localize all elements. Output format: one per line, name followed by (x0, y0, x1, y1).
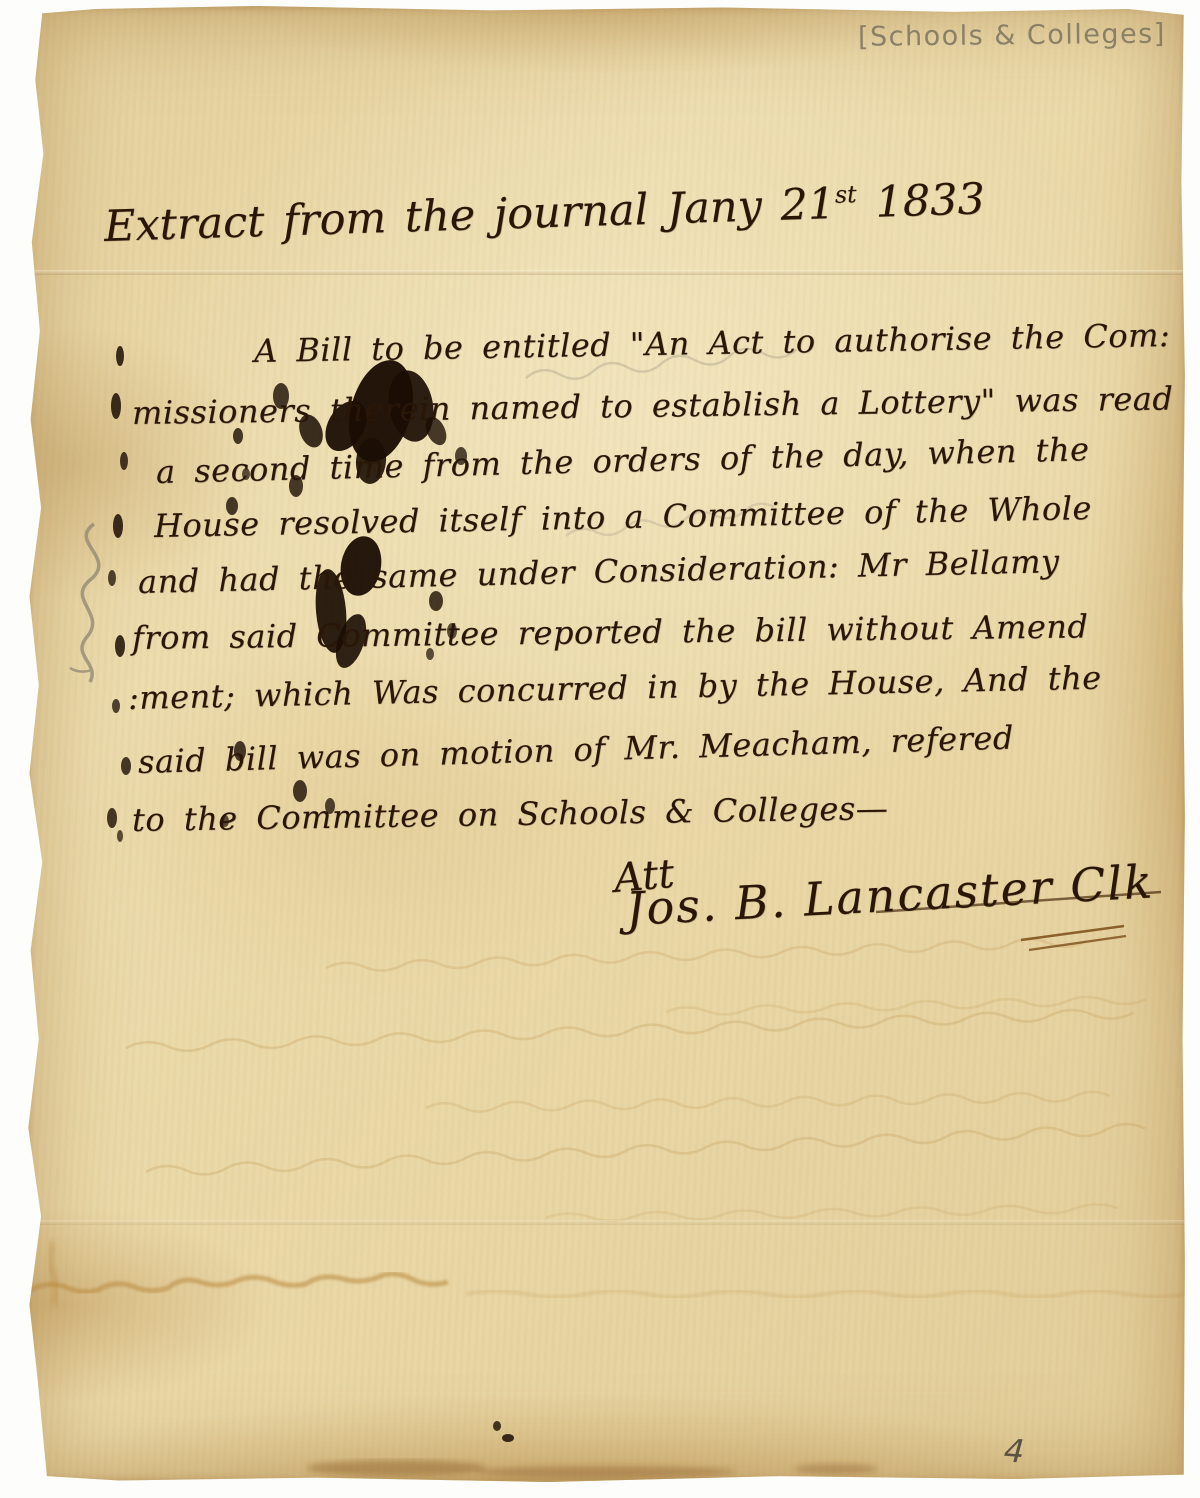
bleed-through-writing (126, 937, 1146, 1222)
header-year: 1833 (856, 174, 986, 228)
body-line: House resolved itself into a Committee o… (154, 489, 1093, 545)
document-page: [Schools & Colleges] Extract from the jo… (26, 6, 1186, 1482)
fold-crease-top (26, 270, 1186, 275)
body-line: to the Committee on Schools & Colleges— (132, 789, 889, 839)
body-line: from said Committee reported the bill wi… (132, 607, 1089, 657)
header-text: Extract from the journal Jany 21 (103, 179, 836, 252)
water-stain (30, 1242, 1186, 1304)
header-superscript: st (834, 180, 857, 209)
body-line: and had the same under Consideration: Mr… (138, 542, 1060, 601)
signature-title: Clk (1069, 854, 1156, 912)
edge-stains (306, 1460, 878, 1478)
header-line: Extract from the journal Jany 21st 1833 (103, 174, 985, 252)
body-line: A Bill to be entitled "An Act to authori… (254, 316, 1171, 370)
body-line: a second time from the orders of the day… (156, 430, 1090, 491)
body-line: missioners therein named to establish a … (132, 379, 1174, 432)
body-line: :ment; which Was concurred in by the Hou… (128, 659, 1102, 717)
scan-background: [Schools & Colleges] Extract from the jo… (0, 0, 1200, 1498)
signature: Jos. B. Lancaster Clk (625, 854, 1156, 936)
pencil-scribble (70, 524, 99, 682)
signature-name: Jos. B. Lancaster (625, 859, 1072, 936)
pencil-annotation: [Schools & Colleges] (858, 18, 1198, 53)
body-line: said bill was on motion of Mr. Meacham, … (137, 719, 1014, 781)
fold-crease-bottom (26, 1220, 1186, 1225)
page-number: 4 (1003, 1431, 1026, 1470)
